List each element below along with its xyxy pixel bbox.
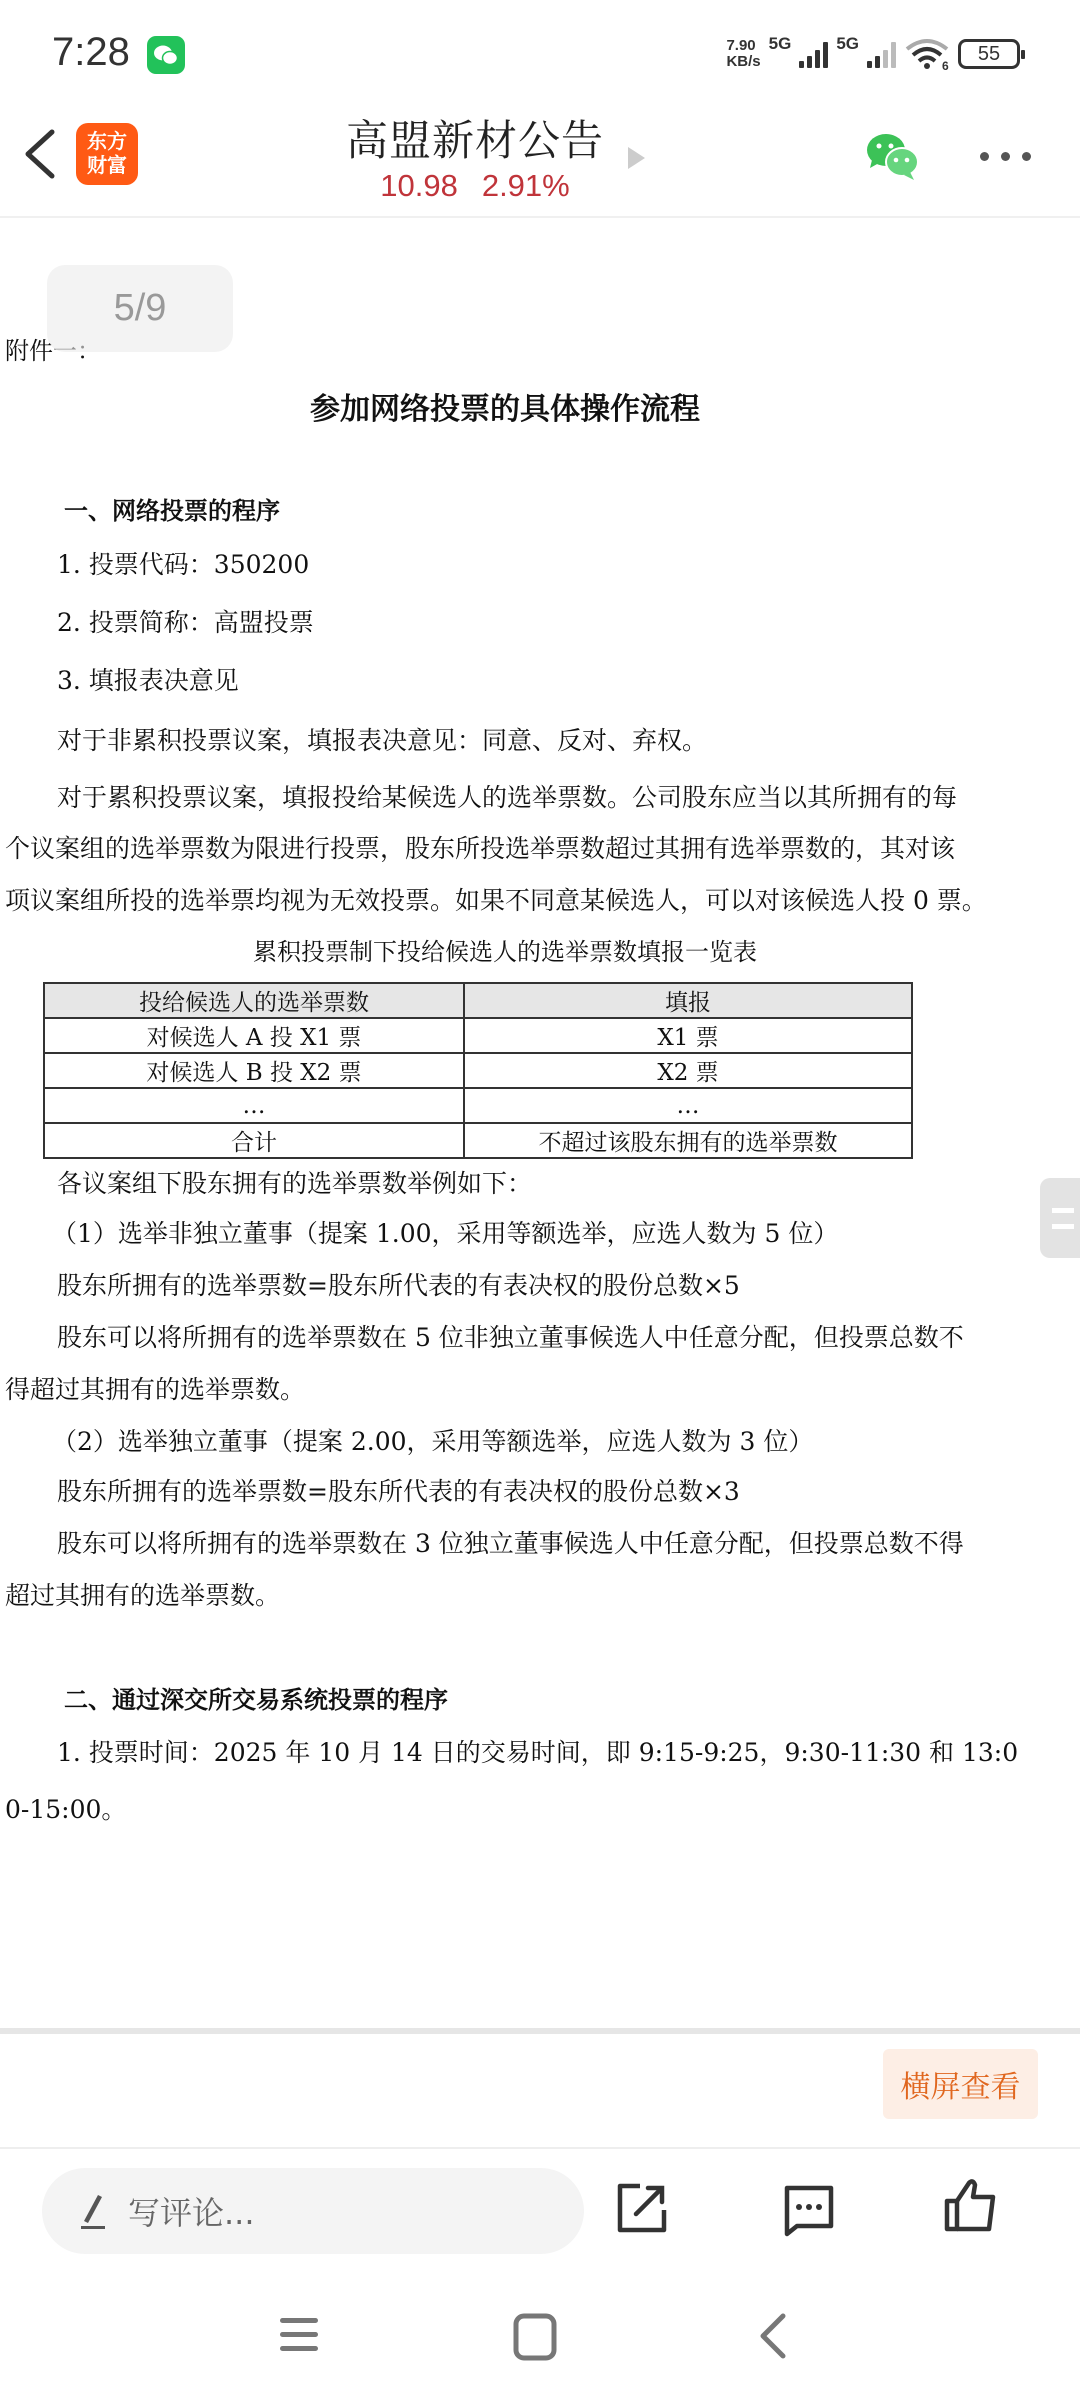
- comment-icon[interactable]: [781, 2182, 837, 2238]
- nav-back-icon[interactable]: [757, 2310, 789, 2362]
- wechat-share-icon[interactable]: [862, 130, 922, 182]
- table-cell: 对候选人 A 投 X1 票: [44, 1018, 464, 1053]
- example2-title: （2）选举独立董事（提案 2.00，采用等额选举，应选人数为 3 位）: [52, 1422, 813, 1458]
- example1-formula: 股东所拥有的选举票数=股东所代表的有表决权的股份总数×5: [57, 1266, 740, 1302]
- cumulative-line-2: 个议案组的选举票数为限进行投票，股东所投选举票数超过其拥有选举票数的，其对该: [5, 829, 955, 865]
- svg-text:6: 6: [942, 59, 949, 71]
- signal-1-icon: [799, 40, 828, 68]
- wifi-icon: 6: [904, 37, 950, 71]
- example2-desc-line-2: 超过其拥有的选举票数。: [5, 1576, 280, 1612]
- table-cell: 不超过该股东拥有的选举票数: [464, 1123, 912, 1158]
- example1-desc-line-1: 股东可以将所拥有的选举票数在 5 位非独立董事候选人中任意分配，但投票总数不: [57, 1318, 964, 1354]
- status-time: 7:28: [52, 30, 130, 75]
- example2-desc-line-1: 股东可以将所拥有的选举票数在 3 位独立董事候选人中任意分配，但投票总数不得: [57, 1524, 964, 1560]
- cumulative-line-1: 对于累积投票议案，填报投给某候选人的选举票数。公司股东应当以其所拥有的每: [57, 778, 957, 814]
- signal-2-icon: [867, 40, 896, 68]
- scroll-handle[interactable]: [1040, 1178, 1080, 1258]
- vote-fill-table: 投给候选人的选举票数 填报 对候选人 A 投 X1 票 X1 票 对候选人 B …: [43, 982, 913, 1159]
- document-title: 参加网络投票的具体操作流程: [0, 384, 1010, 428]
- page-indicator: 5/9: [47, 265, 233, 352]
- table-row: 对候选人 B 投 X2 票 X2 票: [44, 1053, 912, 1088]
- vote-time-line-1: 1. 投票时间：2025 年 10 月 14 日的交易时间，即 9:15-9:2…: [57, 1733, 1018, 1769]
- table-cell: 合计: [44, 1123, 464, 1158]
- sim1-label: 5G: [769, 34, 792, 54]
- home-icon[interactable]: [512, 2310, 558, 2362]
- item-vote-code: 1. 投票代码：350200: [57, 545, 309, 581]
- stock-change: 2.91%: [482, 168, 570, 203]
- item-fill-opinion: 3. 填报表决意见: [57, 661, 239, 697]
- table-header: 投给候选人的选举票数: [44, 983, 464, 1018]
- table-cell: X2 票: [464, 1053, 912, 1088]
- expand-arrow-icon[interactable]: [628, 147, 645, 169]
- example1-desc-line-2: 得超过其拥有的选举票数。: [5, 1370, 305, 1406]
- like-thumbs-up-icon[interactable]: [943, 2177, 999, 2233]
- example2-formula: 股东所拥有的选举票数=股东所代表的有表决权的股份总数×3: [57, 1472, 740, 1508]
- network-speed: 7.90 KB/s: [726, 38, 760, 70]
- table-row: 对候选人 A 投 X1 票 X1 票: [44, 1018, 912, 1053]
- battery-icon: 55: [958, 39, 1020, 69]
- table-row: … …: [44, 1088, 912, 1123]
- table-caption: 累积投票制下投给候选人的选举票数填报一览表: [0, 932, 1010, 967]
- divider: [0, 2028, 1080, 2034]
- table-cell: 对候选人 B 投 X2 票: [44, 1053, 464, 1088]
- table-cell: …: [464, 1088, 912, 1123]
- table-cell: …: [44, 1088, 464, 1123]
- app-header: 东方 财富 高盟新材公告 10.982.91%: [0, 100, 1080, 218]
- table-row: 合计 不超过该股东拥有的选举票数: [44, 1123, 912, 1158]
- example-intro: 各议案组下股东拥有的选举票数举例如下：: [57, 1164, 532, 1200]
- cumulative-line-3: 项议案组所投的选举票均视为无效投票。如果不同意某候选人，可以对该候选人投 0 票…: [5, 881, 987, 917]
- section2-heading: 二、通过深交所交易系统投票的程序: [64, 1680, 448, 1715]
- example1-title: （1）选举非独立董事（提案 1.00，采用等额选举，应选人数为 5 位）: [52, 1214, 838, 1250]
- comment-placeholder: 写评论...: [128, 2188, 255, 2234]
- table-header-row: 投给候选人的选举票数 填报: [44, 983, 912, 1018]
- vote-time-line-2: 0-15:00。: [5, 1790, 126, 1826]
- more-options-icon[interactable]: [980, 152, 1031, 161]
- sim2-label: 5G: [836, 34, 859, 54]
- status-icons: 7.90 KB/s 5G 5G 6 55: [726, 34, 1020, 74]
- divider: [0, 2147, 1080, 2149]
- table-header: 填报: [464, 983, 912, 1018]
- share-icon[interactable]: [614, 2180, 670, 2236]
- page-title: 高盟新材公告: [0, 108, 950, 168]
- item-vote-name: 2. 投票简称：高盟投票: [57, 603, 314, 639]
- comment-input[interactable]: 写评论...: [42, 2168, 584, 2254]
- stock-quote[interactable]: 10.982.91%: [0, 168, 950, 204]
- landscape-view-button[interactable]: 横屏查看: [883, 2049, 1038, 2119]
- section1-heading: 一、网络投票的程序: [64, 491, 280, 526]
- non-cumulative-text: 对于非累积投票议案，填报表决意见：同意、反对、弃权。: [57, 721, 707, 757]
- recent-apps-icon[interactable]: [278, 2310, 320, 2358]
- table-cell: X1 票: [464, 1018, 912, 1053]
- pencil-icon: [78, 2191, 108, 2231]
- stock-price: 10.98: [380, 168, 458, 203]
- wechat-notification-icon: [147, 36, 185, 74]
